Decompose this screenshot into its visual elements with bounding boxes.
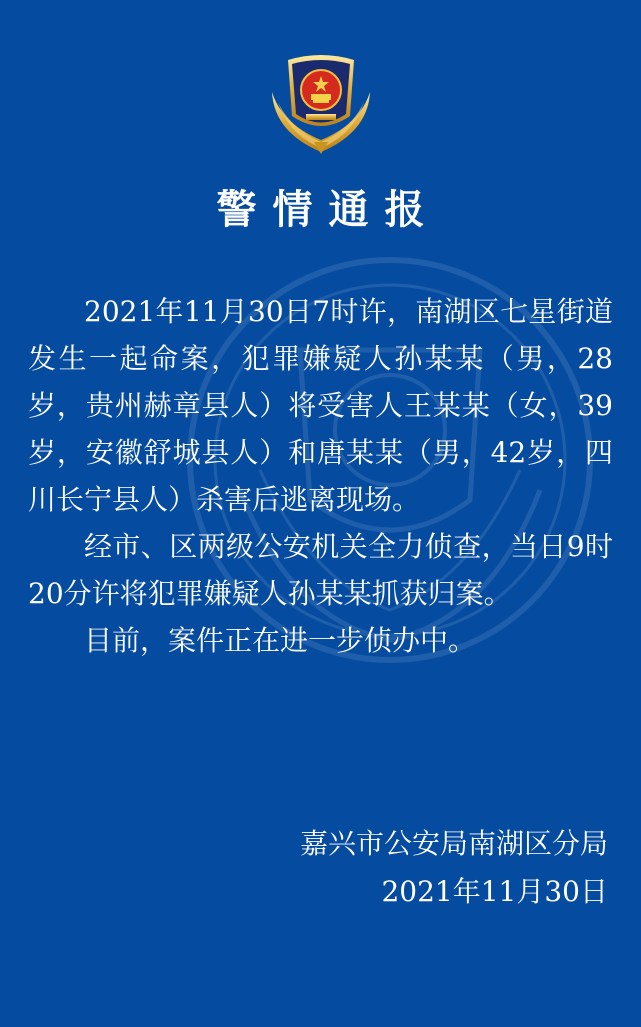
issuer-name: 嘉兴市公安局南湖区分局 [300,820,608,868]
issue-date: 2021年11月30日 [300,868,608,916]
notice-body: 2021年11月30日7时许，南湖区七星街道发生一起命案，犯罪嫌疑人孙某某（男，… [28,288,613,664]
police-emblem-icon [268,52,374,156]
notice-title: 警情通报 [0,178,641,235]
paragraph-status: 目前，案件正在进一步侦办中。 [28,617,613,664]
signature-block: 嘉兴市公安局南湖区分局 2021年11月30日 [300,820,608,916]
paragraph-incident: 2021年11月30日7时许，南湖区七星街道发生一起命案，犯罪嫌疑人孙某某（男，… [28,288,613,523]
paragraph-arrest: 经市、区两级公安机关全力侦查，当日9时20分许将犯罪嫌疑人孙某某抓获归案。 [28,523,613,617]
